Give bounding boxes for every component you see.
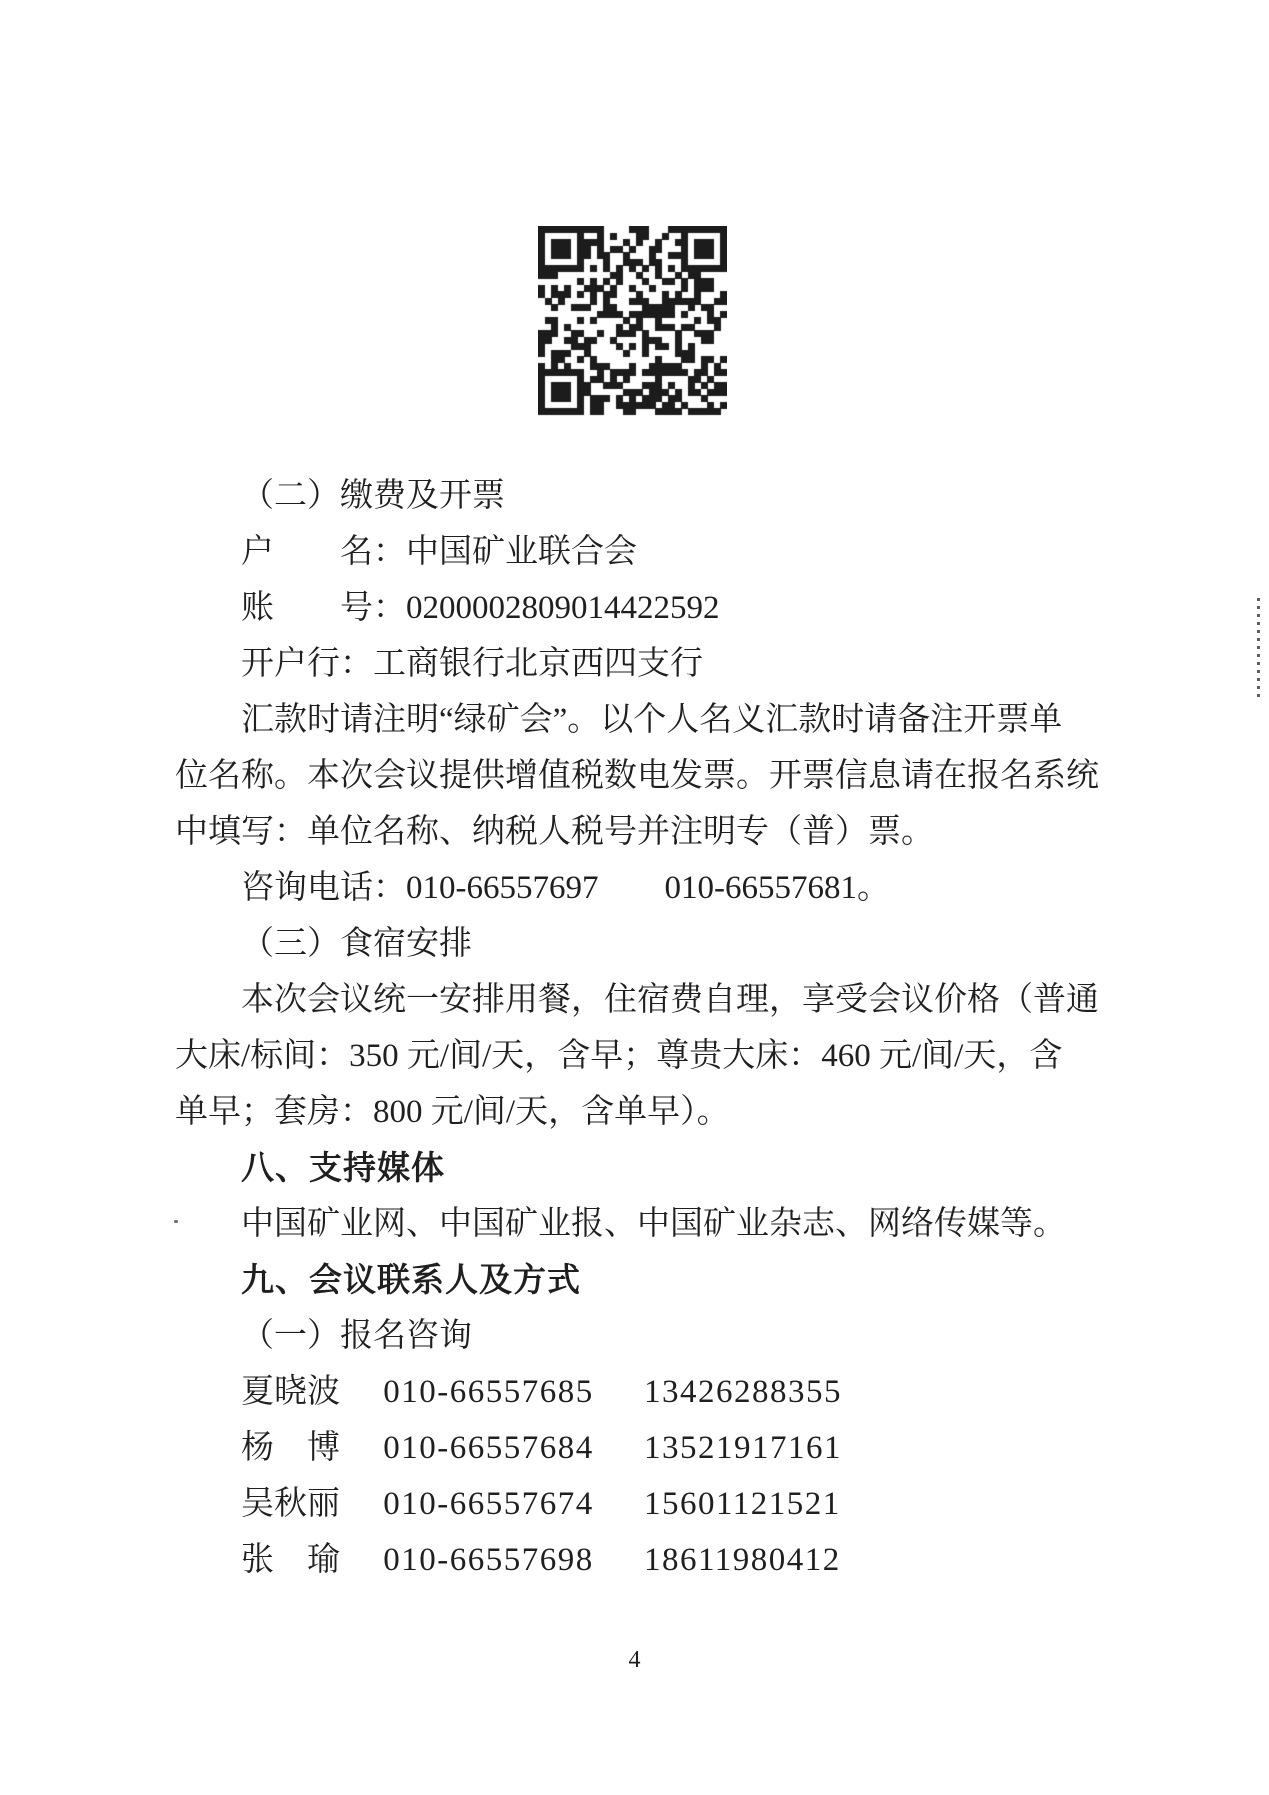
lodging-line-3: 单早；套房：800 元/间/天，含单早）。 [175, 1084, 1110, 1140]
lodging-line-1: 本次会议统一安排用餐，住宿费自理，享受会议价格（普通 [175, 972, 1110, 1028]
bank-line: 开户行：工商银行北京西四支行 [175, 636, 1110, 692]
contacts-sub-heading: （一）报名咨询 [175, 1308, 1110, 1364]
section-media-heading: 八、支持媒体 [175, 1140, 1110, 1196]
qr-code [538, 226, 727, 418]
remit-note-line-1: 汇款时请注明“绿矿会”。以个人名义汇款时请备注开票单 [175, 692, 1110, 748]
media-list-line: 中国矿业网、中国矿业报、中国矿业杂志、网络传媒等。 [175, 1196, 1110, 1252]
inquiry-phone-line: 咨询电话：010-66557697 010-66557681。 [175, 860, 1110, 916]
contact-name: 杨 博 [241, 1420, 341, 1476]
section-payment-heading: （二）缴费及开票 [175, 468, 1110, 524]
remit-note-line-2: 位名称。本次会议提供增值税数电发票。开票信息请在报名系统 [175, 748, 1110, 804]
contact-row: 吴秋丽 010-66557674 15601121521 [175, 1476, 1110, 1532]
lodging-line-2: 大床/标间：350 元/间/天，含早；尊贵大床：460 元/间/天，含 [175, 1028, 1110, 1084]
section-lodging-heading: （三）食宿安排 [175, 916, 1110, 972]
contact-phone: 010-66557674 [383, 1476, 594, 1532]
account-name-line: 户 名：中国矿业联合会 [175, 524, 1110, 580]
contact-phone: 010-66557698 [383, 1532, 594, 1588]
qr-code-image [538, 226, 727, 418]
contact-name: 夏晓波 [241, 1364, 341, 1420]
contact-row: 张 瑜 010-66557698 18611980412 [175, 1532, 1110, 1588]
contact-phone: 010-66557685 [383, 1364, 594, 1420]
contact-mobile: 13426288355 [644, 1364, 842, 1420]
contact-name: 吴秋丽 [241, 1476, 341, 1532]
section-contacts-heading: 九、会议联系人及方式 [175, 1252, 1110, 1308]
document-body: （二）缴费及开票 户 名：中国矿业联合会 账 号：020000280901442… [175, 468, 1110, 1588]
contact-name: 张 瑜 [241, 1532, 341, 1588]
page-number: 4 [0, 1646, 1269, 1674]
scan-edge-noise-artifact [1257, 598, 1260, 698]
contact-phone: 010-66557684 [383, 1420, 594, 1476]
contact-mobile: 18611980412 [644, 1532, 841, 1588]
contact-mobile: 15601121521 [644, 1476, 841, 1532]
contact-row: 杨 博 010-66557684 13521917161 [175, 1420, 1110, 1476]
document-page: （二）缴费及开票 户 名：中国矿业联合会 账 号：020000280901442… [0, 0, 1269, 1795]
contact-row: 夏晓波 010-66557685 13426288355 [175, 1364, 1110, 1420]
scan-speck-artifact [174, 1220, 178, 1223]
account-number-line: 账 号：0200002809014422592 [175, 580, 1110, 636]
contact-mobile: 13521917161 [644, 1420, 842, 1476]
remit-note-line-3: 中填写：单位名称、纳税人税号并注明专（普）票。 [175, 804, 1110, 860]
